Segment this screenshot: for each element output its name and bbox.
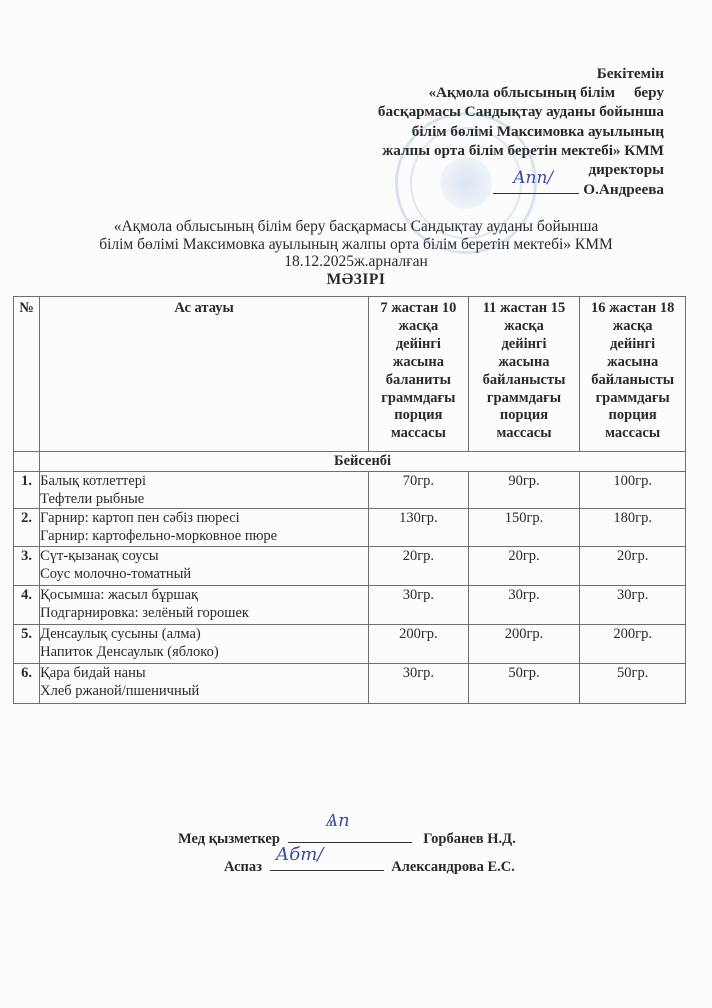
dish-name-ru: Подгарнировка: зелёный горошек [40,604,368,622]
header-text: жасына [469,354,580,372]
row-number: 1. [14,472,40,509]
approval-block: Бекітемін «Ақмола облысының білім беру б… [304,64,664,199]
signature-underline: Ann/ [493,179,579,194]
dish-name-ru: Напиток Денсаулык (яблоко) [40,643,368,661]
header-text: байланысты [580,372,685,390]
dish-name-kz: Денсаулық сусыны (алма) [40,625,368,643]
portion-value: 30гр. [468,586,580,625]
portion-value: 30гр. [369,586,469,625]
header-text: массасы [369,425,468,443]
menu-heading: МӘЗІРІ [0,271,712,289]
dish-name: Қосымша: жасыл бұршақПодгарнировка: зелё… [40,586,369,625]
dish-name: Балық котлеттеріТефтели рыбные [40,472,369,509]
portion-value: 50гр. [580,664,686,704]
dish-name-ru: Гарнир: картофельно-морковное пюре [40,527,368,545]
header-text: граммдағы [580,390,685,408]
header-text: байланысты [469,372,580,390]
portion-value: 50гр. [468,664,580,704]
header-text: жасқа [580,318,685,336]
title-line: «Ақмола облысының білім беру басқармасы … [0,218,712,236]
header-age-group-7-10: 7 жастан 10 жасқа дейінгі жасына баланит… [369,297,469,452]
portion-value: 200гр. [468,625,580,664]
header-text: порция [580,407,685,425]
header-text: граммдағы [469,390,580,408]
header-text: баланиты [369,372,468,390]
row-number: 6. [14,664,40,704]
day-spacer [14,452,40,472]
dish-name-ru: Тефтели рыбные [40,490,368,508]
approval-line: басқармасы Сандықтау ауданы бойынша [304,102,664,121]
director-name: О.Андреева [583,181,664,198]
header-text: жасқа [469,318,580,336]
table-row: 1.Балық котлеттеріТефтели рыбные70гр.90г… [14,472,686,509]
header-text: жасына [580,354,685,372]
dish-name-kz: Қара бидай наны [40,664,368,682]
table-row: 5.Денсаулық сусыны (алма)Напиток Денсаул… [14,625,686,664]
portion-value: 200гр. [369,625,469,664]
row-number: 3. [14,547,40,586]
cook-signature-line: Абm/ [270,856,384,871]
header-text: порция [369,407,468,425]
dish-name: Денсаулық сусыны (алма)Напиток Денсаулык… [40,625,369,664]
dish-name-kz: Балық котлеттері [40,472,368,490]
portion-value: 70гр. [369,472,469,509]
portion-value: 20гр. [580,547,686,586]
dish-name: Қара бидай наныХлеб ржаной/пшеничный [40,664,369,704]
day-label: Бейсенбі [40,452,686,472]
portion-value: 20гр. [369,547,469,586]
table-row: 4.Қосымша: жасыл бұршақПодгарнировка: зе… [14,586,686,625]
header-text: граммдағы [369,390,468,408]
medic-signature-line: Ѧn [288,828,412,843]
title-line: білім бөлімі Максимовка ауылының жалпы о… [0,236,712,254]
approval-signature-line: Ann/ О.Андреева [304,179,664,199]
portion-value: 20гр. [468,547,580,586]
director-signature: Ann/ [513,169,553,188]
approval-line: жалпы орта білім беретін мектебі» КММ [304,141,664,160]
portion-value: 130гр. [369,509,469,547]
header-text: порция [469,407,580,425]
dish-name-kz: Қосымша: жасыл бұршақ [40,586,368,604]
portion-value: 100гр. [580,472,686,509]
portion-value: 150гр. [468,509,580,547]
table-row: 2.Гарнир: картоп пен сәбіз пюресіГарнир:… [14,509,686,547]
header-text: дейінгі [469,336,580,354]
dish-name-kz: Гарнир: картоп пен сәбіз пюресі [40,509,368,527]
dish-name: Сүт-қызанақ соусыСоус молочно-томатный [40,547,369,586]
document-title: «Ақмола облысының білім беру басқармасы … [0,218,712,288]
menu-table: № Ас атауы 7 жастан 10 жасқа дейінгі жас… [13,296,686,704]
cook-label: Аспаз [224,859,262,875]
approval-heading: Бекітемін [304,64,664,83]
cook-name: Александрова Е.С. [391,859,515,875]
day-row: Бейсенбі [14,452,686,472]
medic-signature-icon: Ѧn [326,810,350,831]
header-text: 11 жастан 15 [469,300,580,318]
header-text: 7 жастан 10 [369,300,468,318]
cook-signature-row: Аспаз Абm/ Александрова Е.С. [224,856,515,876]
row-number: 2. [14,509,40,547]
header-age-group-11-15: 11 жастан 15 жасқа дейінгі жасына байлан… [468,297,580,452]
portion-value: 200гр. [580,625,686,664]
header-text: жасқа [369,318,468,336]
header-dish-name: Ас атауы [40,297,369,452]
portion-value: 30гр. [580,586,686,625]
header-number: № [14,297,40,452]
approval-line: «Ақмола облысының білім беру [304,83,664,102]
header-text: дейінгі [580,336,685,354]
dish-name-kz: Сүт-қызанақ соусы [40,547,368,565]
row-number: 4. [14,586,40,625]
dish-name: Гарнир: картоп пен сәбіз пюресіГарнир: к… [40,509,369,547]
table-header-row: № Ас атауы 7 жастан 10 жасқа дейінгі жас… [14,297,686,452]
header-text: массасы [469,425,580,443]
portion-value: 90гр. [468,472,580,509]
title-date: 18.12.2025ж.арналған [0,253,712,271]
medic-name: Горбанев Н.Д. [423,831,516,847]
portion-value: 30гр. [369,664,469,704]
table-row: 3.Сүт-қызанақ соусыСоус молочно-томатный… [14,547,686,586]
approval-position: директоры [304,160,664,179]
table-row: 6.Қара бидай наныХлеб ржаной/пшеничный30… [14,664,686,704]
dish-name-ru: Соус молочно-томатный [40,565,368,583]
medic-signature-row: Мед қызметкер Ѧn Горбанев Н.Д. [178,828,516,848]
medic-label: Мед қызметкер [178,831,280,847]
header-text: дейінгі [369,336,468,354]
approval-line: білім бөлімі Максимовка ауылының [304,122,664,141]
header-age-group-16-18: 16 жастан 18 жасқа дейінгі жасына байлан… [580,297,686,452]
portion-value: 180гр. [580,509,686,547]
header-text: 16 жастан 18 [580,300,685,318]
dish-name-ru: Хлеб ржаной/пшеничный [40,682,368,700]
header-text: жасына [369,354,468,372]
cook-signature-icon: Абm/ [276,844,324,865]
row-number: 5. [14,625,40,664]
header-text: массасы [580,425,685,443]
